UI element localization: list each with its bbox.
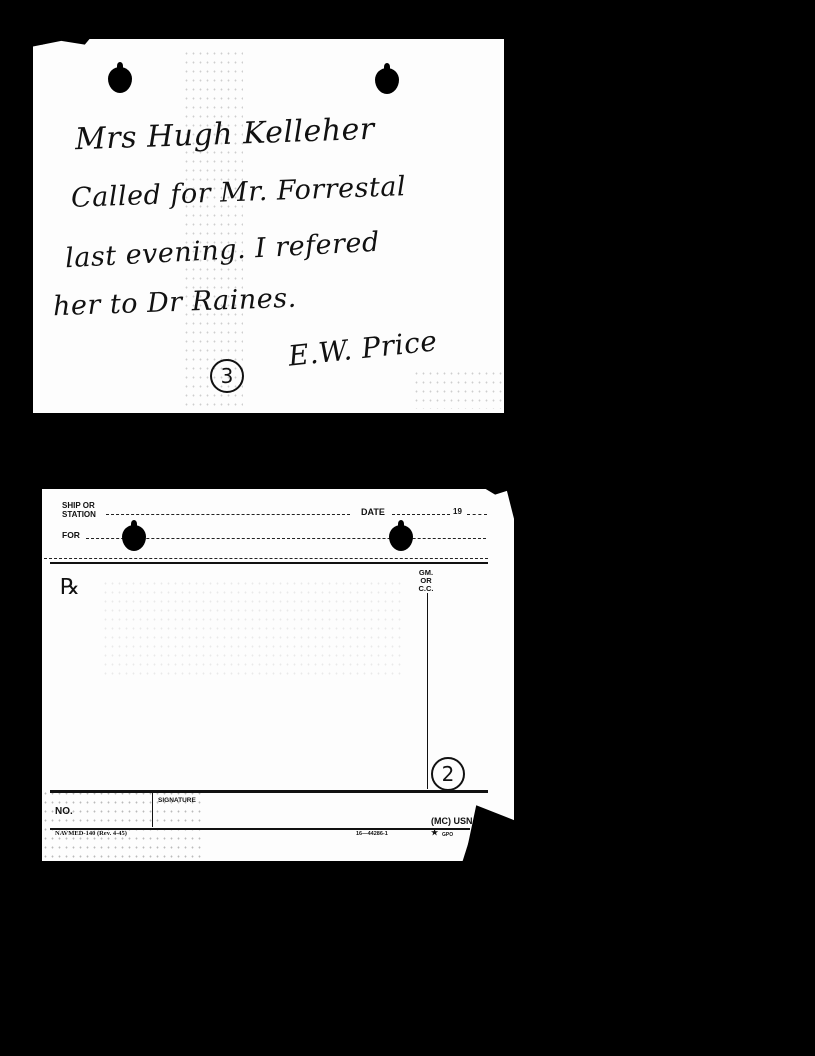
form-id: NAVMED-140 (Rev. 4-45) xyxy=(55,831,127,838)
gm-or-cc-label: GM. OR C.C. xyxy=(414,569,438,593)
date-field xyxy=(392,514,450,515)
note-line-called: Called for Mr. Forrestal xyxy=(71,171,407,214)
note-signature: E.W. Price xyxy=(287,324,439,372)
gpo-label: GPO xyxy=(442,833,453,838)
year-field xyxy=(467,514,487,515)
year-prefix: 19 xyxy=(453,508,462,516)
punch-hole xyxy=(108,67,132,93)
note-line-name: Mrs Hugh Kelleher xyxy=(74,112,375,157)
page-number: 3 xyxy=(221,364,234,388)
prescription-form-card: SHIP OR STATION DATE 19 FOR ℞ GM. OR C.C… xyxy=(42,489,514,861)
star-icon: ★ xyxy=(431,829,438,837)
page-number-circle: 3 xyxy=(210,359,244,393)
corner-mark xyxy=(41,37,63,45)
print-code: 16—44286-1 xyxy=(356,832,388,838)
ship-or-station-label: SHIP OR STATION xyxy=(62,501,96,519)
handwritten-note-card: Mrs Hugh Kelleher Called for Mr. Forrest… xyxy=(33,39,504,413)
footer-rule xyxy=(50,790,488,793)
separator-rule xyxy=(50,562,488,564)
page-number: 2 xyxy=(442,762,455,786)
for-field xyxy=(86,538,486,539)
punch-hole xyxy=(122,525,146,551)
separator-dotted-line xyxy=(44,558,488,559)
ship-or-station-field xyxy=(106,514,350,515)
scan-noise xyxy=(413,369,503,409)
page-number-circle: 2 xyxy=(431,757,465,791)
rx-symbol-icon: ℞ xyxy=(60,577,80,599)
signature-label: SIGNATURE xyxy=(158,798,196,805)
number-label: NO. xyxy=(55,807,73,817)
gm-or-cc-text: GM. OR C.C. xyxy=(419,568,434,593)
gm-column-divider xyxy=(427,593,428,789)
mc-usn-label: (MC) USN xyxy=(431,817,473,826)
ship-or-station-text: SHIP OR STATION xyxy=(62,501,96,519)
punch-hole xyxy=(375,68,399,94)
scan-noise xyxy=(183,49,243,409)
date-label: DATE xyxy=(361,508,385,517)
scan-noise xyxy=(102,579,402,679)
for-label: FOR xyxy=(62,531,80,540)
note-line-referred: her to Dr Raines. xyxy=(53,283,298,322)
punch-hole xyxy=(389,525,413,551)
signature-divider xyxy=(152,793,153,827)
